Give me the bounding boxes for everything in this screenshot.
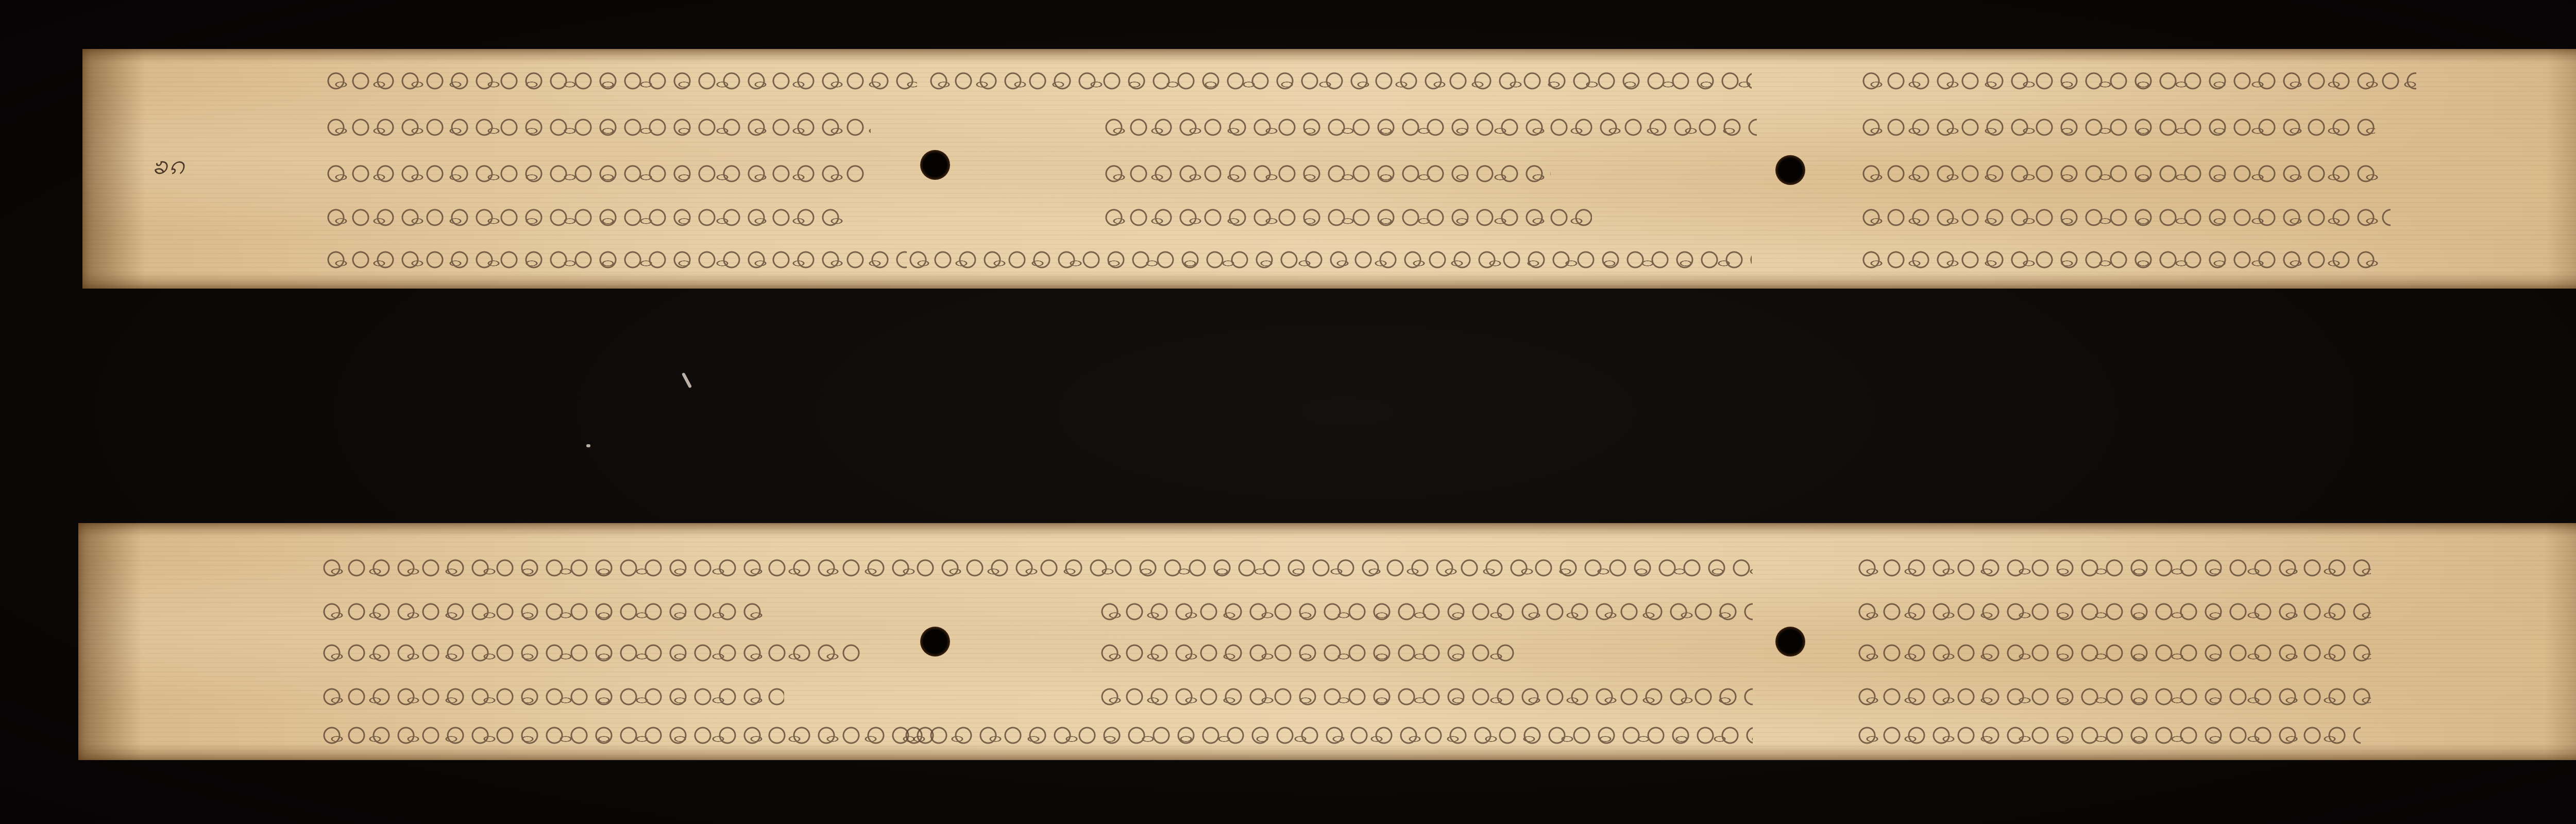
bottom-palm-leaf [78, 523, 2576, 760]
text-column-right [1856, 523, 2576, 760]
script-line [1098, 634, 1521, 670]
script-line [1860, 241, 2380, 277]
script-line [939, 549, 1753, 585]
script-line [1856, 549, 2371, 585]
text-column-right [1860, 49, 2576, 289]
script-line [927, 62, 1752, 98]
dust-speck [586, 444, 590, 447]
script-line [1856, 716, 2361, 752]
script-line [1103, 108, 1757, 144]
script-line [1856, 634, 2371, 670]
script-line [1860, 198, 2391, 234]
script-line [1098, 678, 1753, 714]
script-line [1860, 108, 2375, 144]
script-line [907, 241, 1752, 277]
binding-hole [920, 150, 950, 180]
script-line [1860, 155, 2380, 191]
script-line [903, 716, 1753, 752]
text-column-middle [680, 49, 1762, 289]
script-line [1098, 593, 1753, 629]
leaf-number: ၶၵ [152, 147, 185, 188]
script-line [1856, 678, 2371, 714]
binding-hole [1775, 627, 1805, 657]
script-line [1103, 198, 1592, 234]
binding-hole [920, 627, 950, 657]
top-palm-leaf: ၶၵ [82, 49, 2576, 289]
script-line [1860, 62, 2416, 98]
text-column-middle [676, 523, 1758, 760]
binding-hole [1775, 155, 1805, 185]
script-line [1856, 593, 2371, 629]
script-line [1103, 155, 1551, 191]
